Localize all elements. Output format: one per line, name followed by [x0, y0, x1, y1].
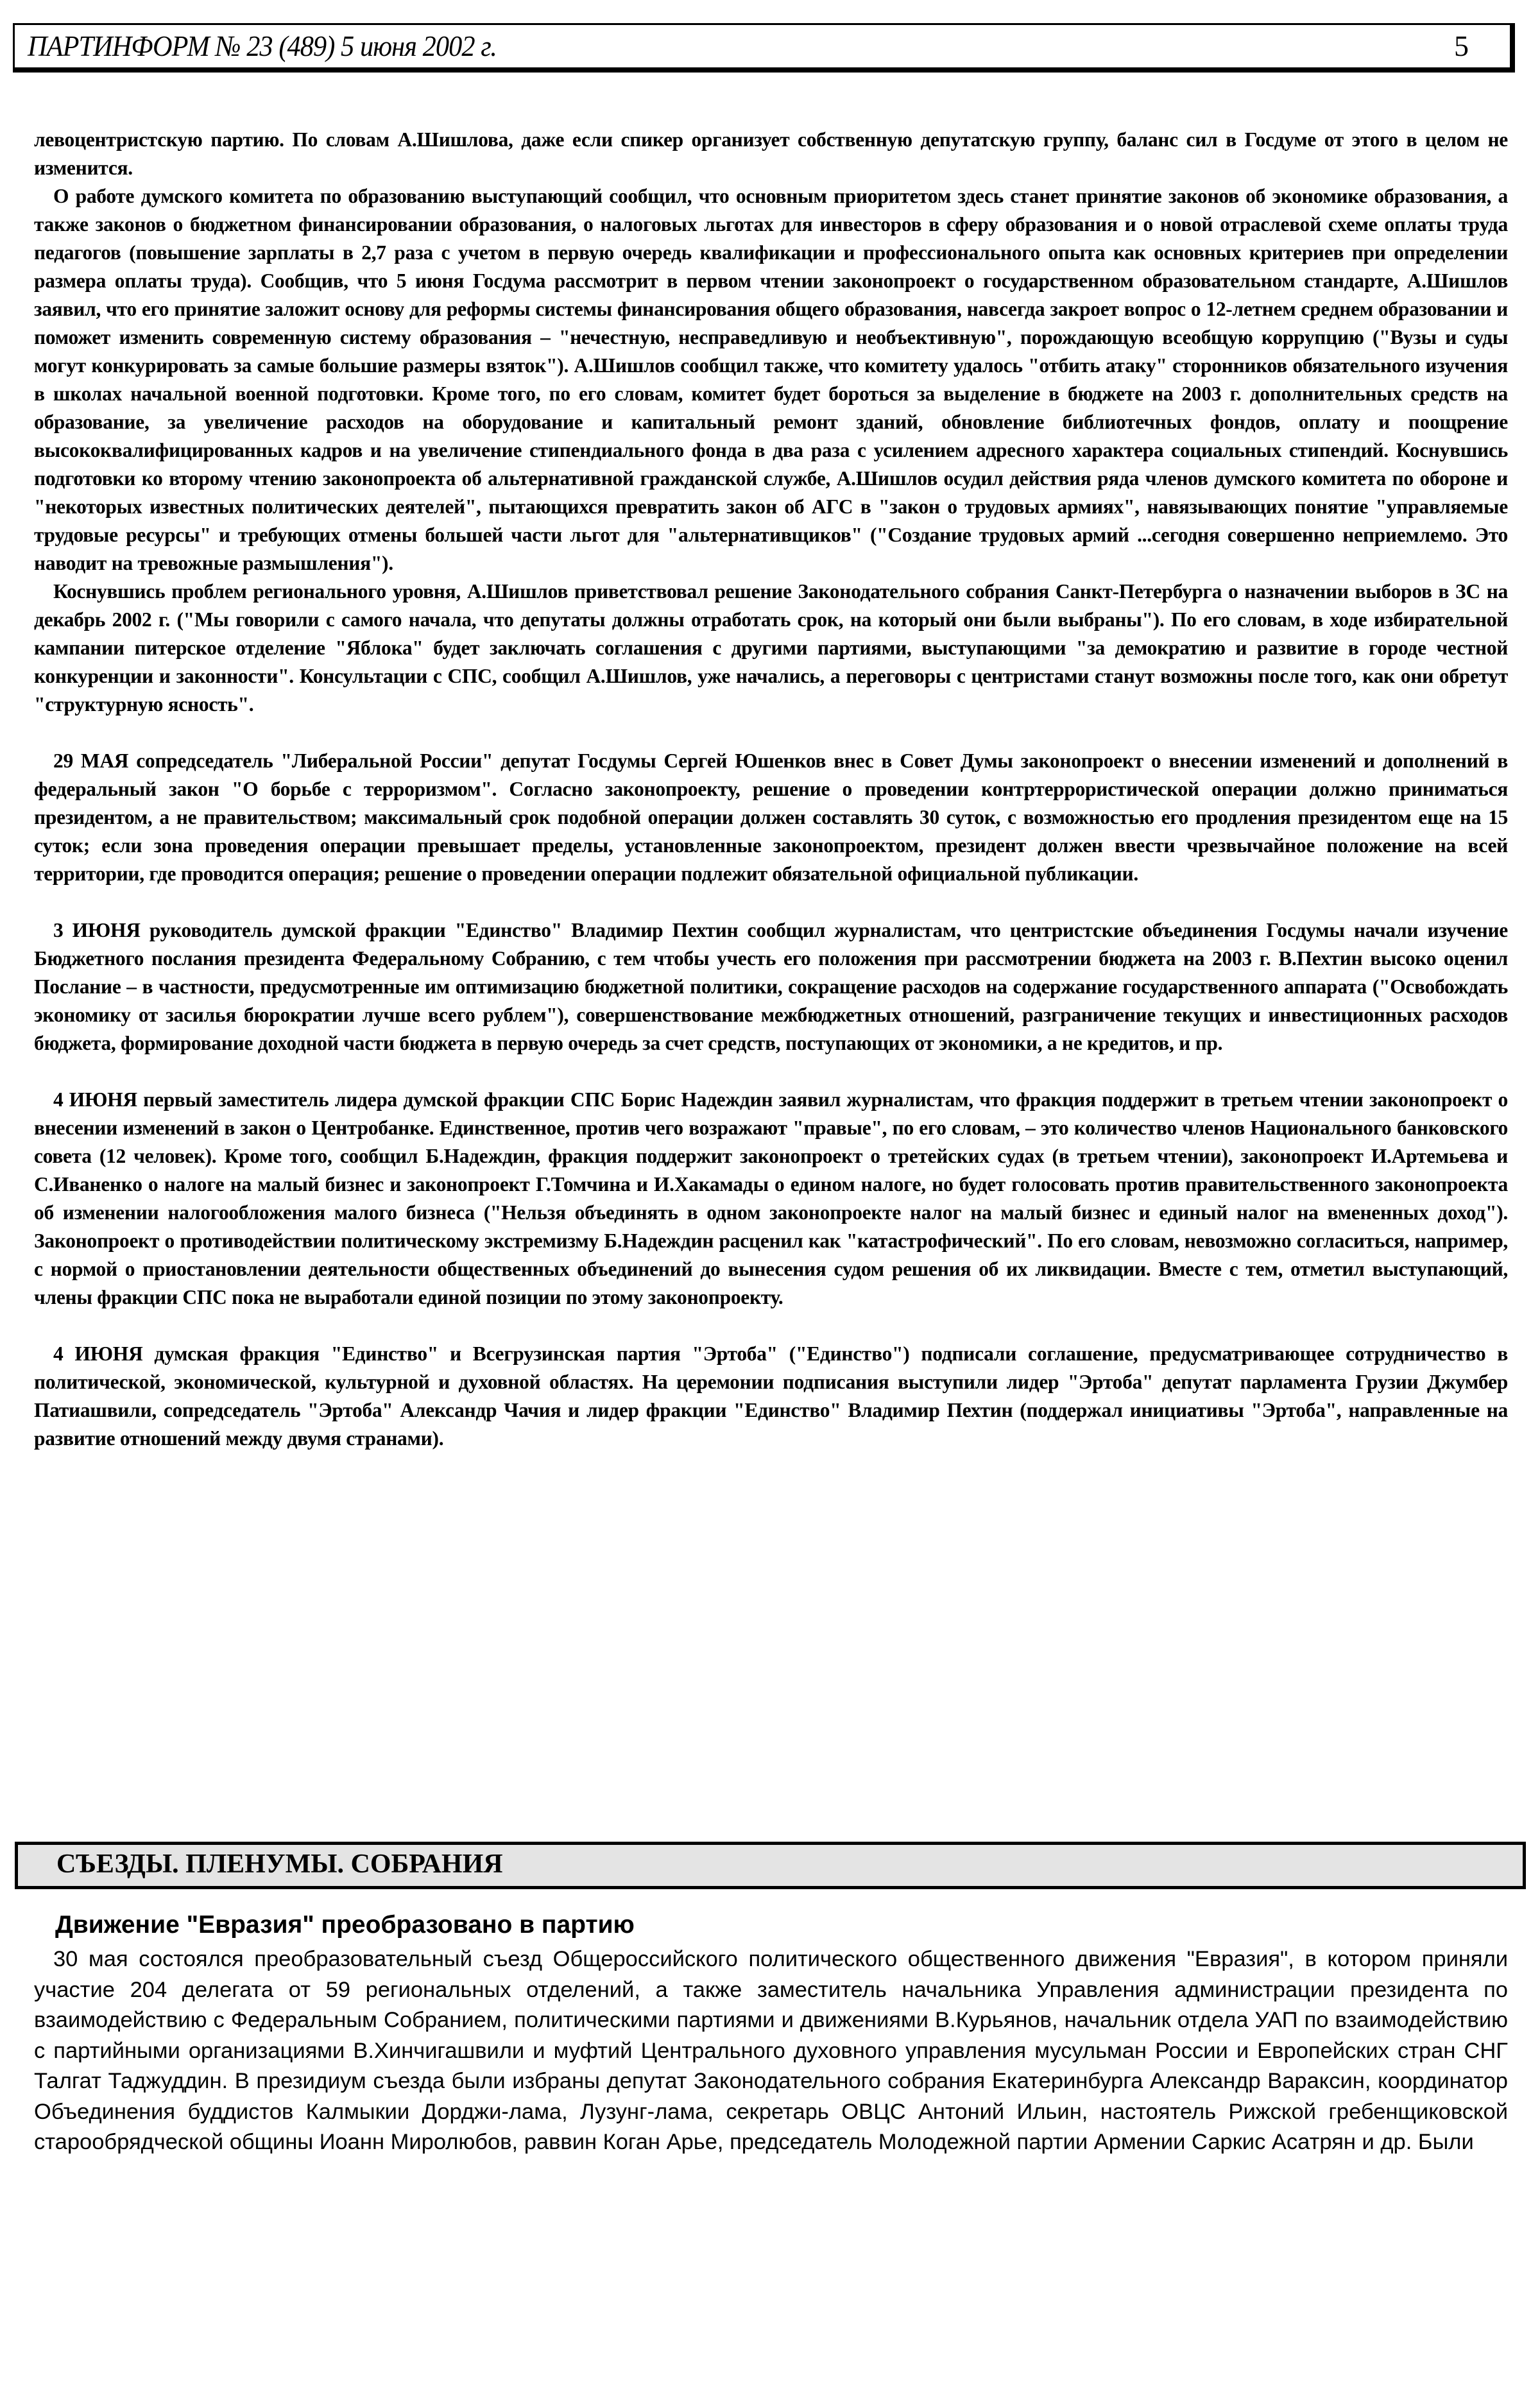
- news-paragraph: О работе думского комитета по образовани…: [34, 182, 1508, 578]
- news-item-may-29: 29 МАЯ сопредседатель "Либеральной Росси…: [34, 747, 1508, 888]
- page-header: ПАРТИНФОРМ № 23 (489) 5 июня 2002 г. 5: [13, 23, 1515, 73]
- article-paragraph: 30 мая состоялся преобразовательный съез…: [34, 1944, 1508, 2158]
- article-body: 30 мая состоялся преобразовательный съез…: [34, 1944, 1508, 2158]
- news-item-june-4-edinstvo: 4 ИЮНЯ думская фракция "Единство" и Всег…: [34, 1340, 1508, 1453]
- news-item-june-4-sps: 4 ИЮНЯ первый заместитель лидера думской…: [34, 1086, 1508, 1312]
- news-item-june-3: 3 ИЮНЯ руководитель думской фракции "Еди…: [34, 916, 1508, 1058]
- page-number: 5: [1454, 29, 1469, 63]
- section-title: СЪЕЗДЫ. ПЛЕНУМЫ. СОБРАНИЯ: [56, 1849, 503, 1880]
- section-header-bar: СЪЕЗДЫ. ПЛЕНУМЫ. СОБРАНИЯ: [15, 1842, 1526, 1889]
- news-paragraph: Коснувшись проблем регионального уровня,…: [34, 578, 1508, 719]
- article-headline: Движение "Евразия" преобразовано в парти…: [55, 1911, 635, 1939]
- news-column: левоцентристскую партию. По словам А.Шиш…: [34, 126, 1508, 1453]
- news-paragraph: левоцентристскую партию. По словам А.Шиш…: [34, 126, 1508, 182]
- publication-title: ПАРТИНФОРМ № 23 (489) 5 июня 2002 г.: [28, 29, 497, 63]
